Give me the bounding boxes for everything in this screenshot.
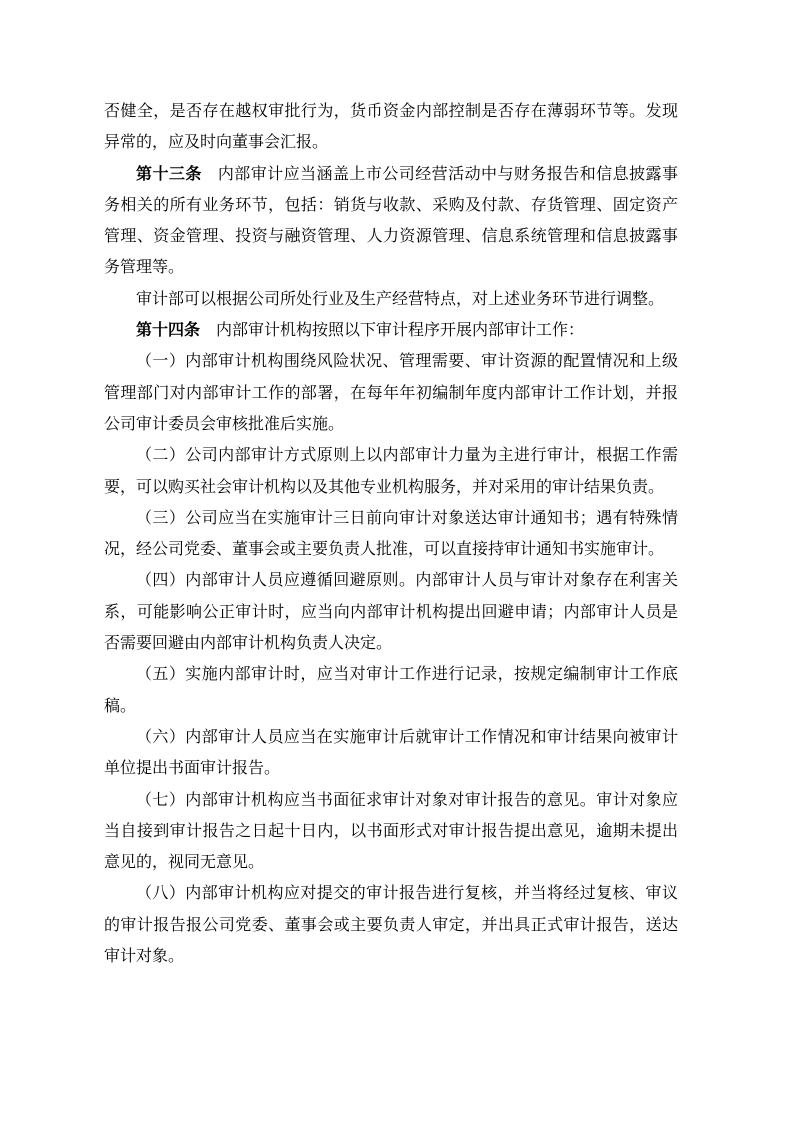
article-14-text: 内部审计机构按照以下审计程序开展内部审计工作： (216, 322, 584, 339)
paragraph-item-3: （三）公司应当在实施审计三日前向审计对象送达审计通知书；遇有特殊情况，经公司党委… (104, 503, 678, 566)
paragraph-item-2: （二）公司内部审计方式原则上以内部审计力量为主进行审计，根据工作需要，可以购买社… (104, 440, 678, 503)
document-page: 否健全，是否存在越权审批行为，货币资金内部控制是否存在薄弱环节等。发现异常的，应… (0, 0, 793, 1122)
paragraph-item-1: （一）内部审计机构围绕风险状况、管理需要、审计资源的配置情况和上级管理部门对内部… (104, 346, 678, 440)
article-14-number: 第十四条 (136, 322, 200, 339)
paragraph-audit-dept-note: 审计部可以根据公司所处行业及生产经营特点，对上述业务环节进行调整。 (104, 284, 678, 315)
paragraph-item-8: （八）内部审计机构应对提交的审计报告进行复核，并当将经过复核、审议的审计报告报公… (104, 878, 678, 972)
document-text-block: 否健全，是否存在越权审批行为，货币资金内部控制是否存在薄弱环节等。发现异常的，应… (104, 96, 678, 972)
paragraph-article-14: 第十四条内部审计机构按照以下审计程序开展内部审计工作： (104, 315, 678, 346)
paragraph-continuation: 否健全，是否存在越权审批行为，货币资金内部控制是否存在薄弱环节等。发现异常的，应… (104, 96, 678, 159)
article-13-number: 第十三条 (136, 166, 202, 183)
paragraph-item-4: （四）内部审计人员应遵循回避原则。内部审计人员与审计对象存在利害关系，可能影响公… (104, 565, 678, 659)
paragraph-item-6: （六）内部审计人员应当在实施审计后就审计工作情况和审计结果向被审计单位提出书面审… (104, 722, 678, 785)
paragraph-article-13: 第十三条内部审计应当涵盖上市公司经营活动中与财务报告和信息披露事务相关的所有业务… (104, 159, 678, 284)
paragraph-item-5: （五）实施内部审计时，应当对审计工作进行记录，按规定编制审计工作底稿。 (104, 659, 678, 722)
paragraph-item-7: （七）内部审计机构应当书面征求审计对象对审计报告的意见。审计对象应当自接到审计报… (104, 785, 678, 879)
